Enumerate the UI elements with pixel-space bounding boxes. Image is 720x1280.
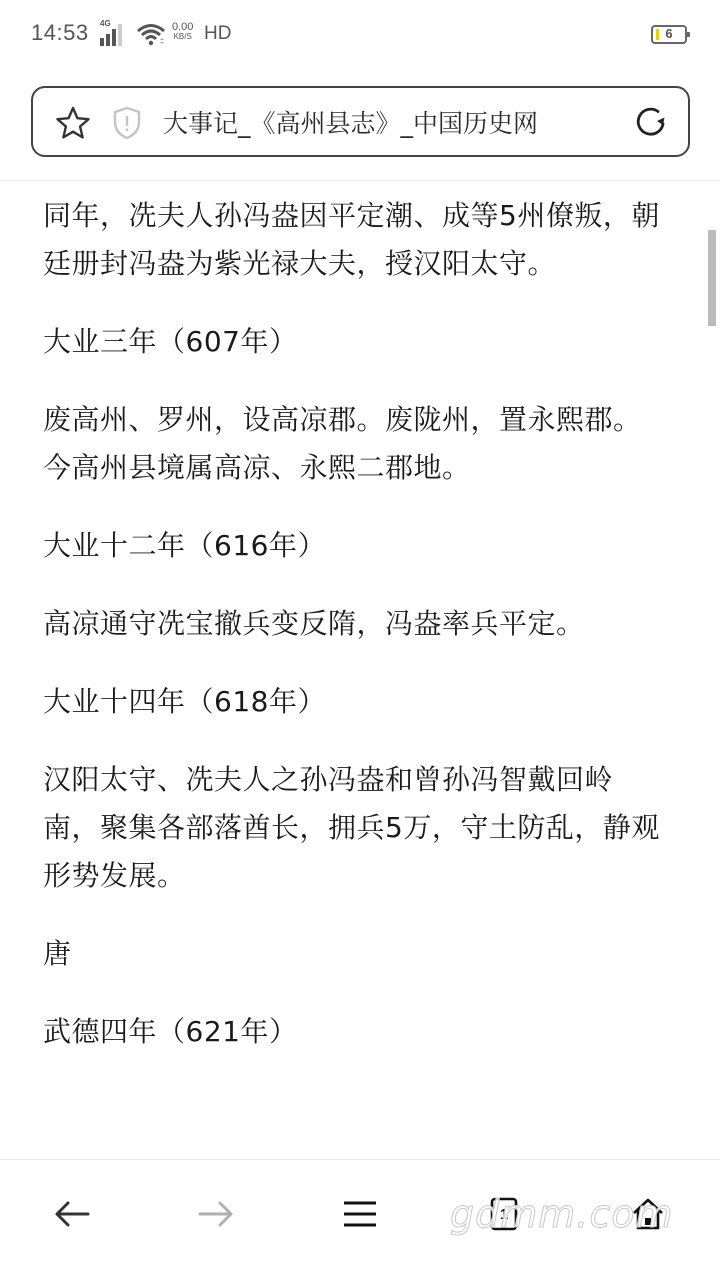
cellular-signal-icon: 4G [100,22,130,46]
battery-level: 6 [653,26,685,41]
network-speed-value: 0.00 [172,23,193,32]
network-type-label: 4G [100,19,111,28]
network-speed-unit: KB/S [172,32,193,41]
section-heading: 大业三年（607年） [43,318,663,366]
star-icon[interactable] [55,105,91,141]
network-speed: 0.00 KB/S [172,23,193,41]
home-button[interactable] [620,1190,676,1238]
battery-icon: 6 [651,25,687,44]
paragraph: 废高州、罗州，设高凉郡。废陇州，置永熙郡。今高州县境属高凉、永熙二郡地。 [43,396,663,492]
paragraph: 高凉通守冼宝撤兵变反隋，冯盎率兵平定。 [43,600,663,648]
tabs-button[interactable]: 1 [476,1190,532,1238]
hd-label: HD [204,23,231,45]
forward-icon [196,1199,236,1229]
back-icon [52,1199,92,1229]
bottom-nav: 1 gdmm.com [0,1160,720,1280]
status-time: 14:53 [31,20,89,46]
scrollbar[interactable] [708,230,716,326]
shield-icon[interactable] [112,106,142,140]
menu-icon [342,1199,378,1229]
paragraph: 同年，冼夫人孙冯盎因平定潮、成等5州僚叛，朝廷册封冯盎为紫光禄大夫，授汉阳太守。 [43,192,663,288]
wifi-icon [136,22,166,46]
section-heading: 大业十二年（616年） [43,522,663,570]
menu-button[interactable] [332,1190,388,1238]
section-heading: 武德四年（621年） [43,1008,663,1056]
tab-count: 1 [500,1206,508,1223]
forward-button[interactable] [188,1190,244,1238]
page-title[interactable]: 大事记_《高州县志》_中国历史网 [163,104,538,140]
header-divider [0,180,720,181]
paragraph: 汉阳太守、冼夫人之孙冯盎和曾孙冯智戴回岭南，聚集各部落酋长，拥兵5万，守土防乱，… [43,756,663,900]
back-button[interactable] [44,1190,100,1238]
reload-icon[interactable] [633,104,669,140]
address-bar[interactable]: 大事记_《高州县志》_中国历史网 [31,86,690,157]
section-heading: 大业十四年（618年） [43,678,663,726]
home-icon [630,1196,666,1232]
article-content: 同年，冼夫人孙冯盎因平定潮、成等5州僚叛，朝廷册封冯盎为紫光禄大夫，授汉阳太守。… [43,192,663,1086]
dynasty-heading: 唐 [43,930,663,978]
status-bar: 14:53 4G 0.00 KB/S HD 6 [0,0,720,70]
